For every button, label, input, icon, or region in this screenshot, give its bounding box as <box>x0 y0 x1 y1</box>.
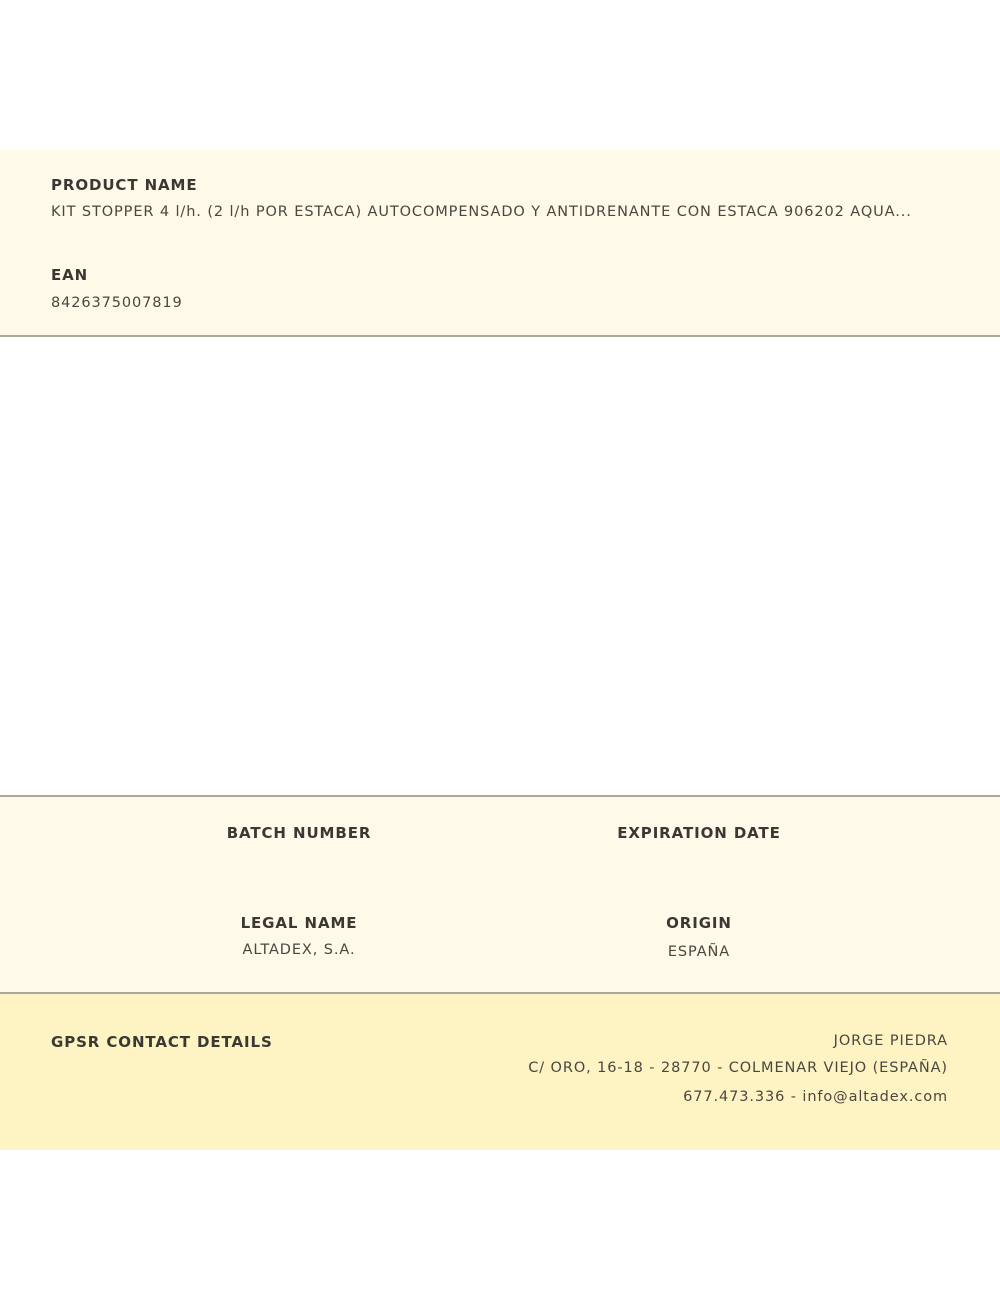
origin-value: ESPAÑA <box>668 944 730 960</box>
product-info-panel: PRODUCT NAME KIT STOPPER 4 l/h. (2 l/h P… <box>0 150 1000 337</box>
contact-address: C/ ORO, 16-18 - 28770 - COLMENAR VIEJO (… <box>528 1060 948 1076</box>
ean-label: EAN <box>51 266 88 284</box>
contact-phone-email: 677.473.336 - info@altadex.com <box>683 1089 948 1105</box>
expiration-date-label: EXPIRATION DATE <box>617 824 781 842</box>
legal-name-label: LEGAL NAME <box>241 914 358 932</box>
legal-name-value: ALTADEX, S.A. <box>243 942 356 958</box>
batch-number-label: BATCH NUMBER <box>227 824 372 842</box>
ean-value: 8426375007819 <box>51 295 183 311</box>
contact-name: JORGE PIEDRA <box>834 1033 948 1049</box>
product-name-value: KIT STOPPER 4 l/h. (2 l/h POR ESTACA) AU… <box>51 204 912 220</box>
batch-details-panel: BATCH NUMBER EXPIRATION DATE LEGAL NAME … <box>0 795 1000 994</box>
gpsr-contact-label: GPSR CONTACT DETAILS <box>51 1033 273 1051</box>
product-name-label: PRODUCT NAME <box>51 176 198 194</box>
origin-label: ORIGIN <box>666 914 732 932</box>
gpsr-contact-panel: GPSR CONTACT DETAILS JORGE PIEDRA C/ ORO… <box>0 994 1000 1150</box>
